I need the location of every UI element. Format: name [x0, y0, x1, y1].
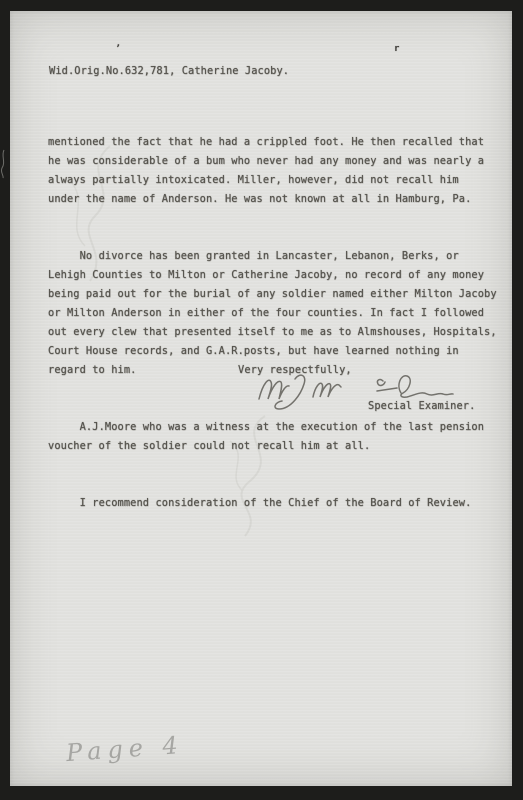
- paragraph-miller-recollection: mentioned the fact that he had a cripple…: [48, 133, 510, 209]
- border-scratch-mark: [0, 148, 8, 180]
- paragraph-moore-witness: A.J.Moore who was a witness at the execu…: [48, 418, 510, 456]
- letter-body: mentioned the fact that he had a cripple…: [48, 95, 510, 551]
- paragraph-recommendation: I recommend consideration of the Chief o…: [48, 494, 510, 513]
- stray-typed-mark-right: r: [394, 44, 399, 54]
- signature-title: Special Examiner.: [368, 397, 475, 416]
- page-number-annotation: Page 4: [65, 731, 185, 767]
- case-reference-line: Wid.Orig.No.632,781, Catherine Jacoby.: [49, 62, 289, 81]
- stray-typed-mark-left: ’: [114, 44, 120, 55]
- scanned-letter-page: ’ r Wid.Orig.No.632,781, Catherine Jacob…: [10, 11, 512, 786]
